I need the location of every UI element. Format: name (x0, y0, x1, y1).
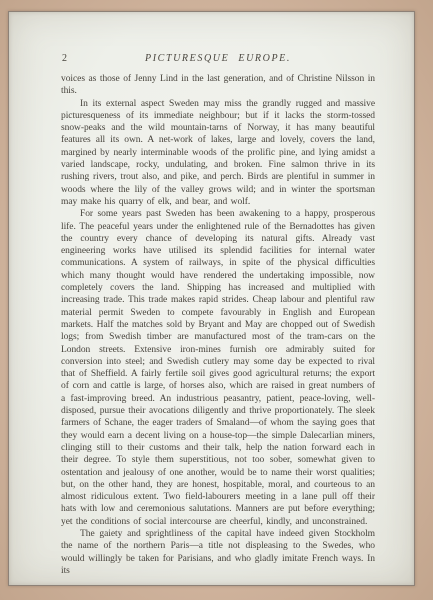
running-header: 2 PICTURESQUE EUROPE. (61, 53, 375, 66)
paragraph-3: For some years past Sweden has been awak… (61, 208, 375, 528)
book-page: 2 PICTURESQUE EUROPE. voices as those of… (8, 11, 415, 586)
paragraph-1: voices as those of Jenny Lind in the las… (61, 73, 375, 98)
scan-background: { "page": { "number": "2", "running_titl… (0, 0, 433, 600)
paragraph-2: In its external aspect Sweden may miss t… (61, 98, 375, 209)
paragraph-4: The gaiety and sprightliness of the capi… (61, 528, 375, 577)
page-number: 2 (62, 53, 68, 64)
page-content: 2 PICTURESQUE EUROPE. voices as those of… (61, 53, 375, 577)
page-body: voices as those of Jenny Lind in the las… (61, 73, 375, 577)
running-title: PICTURESQUE EUROPE. (61, 53, 375, 64)
